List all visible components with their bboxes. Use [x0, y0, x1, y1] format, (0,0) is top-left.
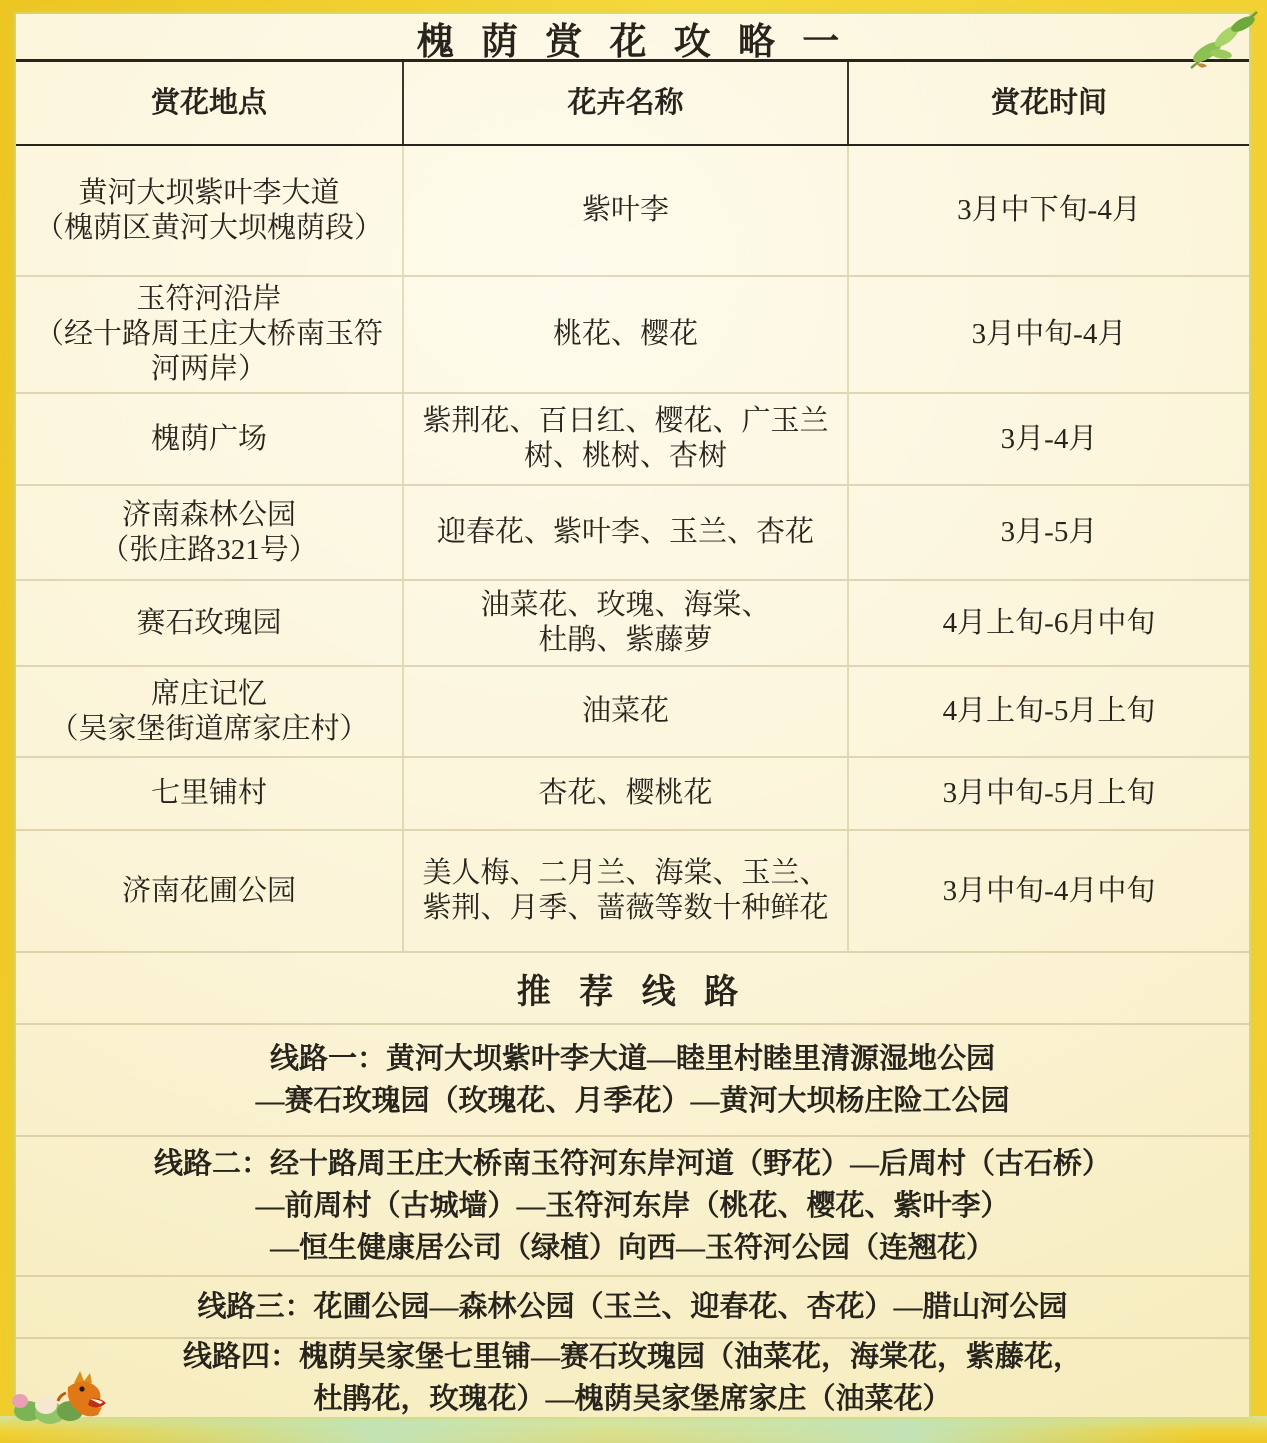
route-item: 线路一：黄河大坝紫叶李大道—睦里村睦里清源湿地公园 —赛石玫瑰园（玫瑰花、月季花…	[16, 1023, 1249, 1135]
cell-location: 济南森林公园 （张庄路321号）	[16, 486, 402, 579]
cell-flowers: 桃花、樱花	[402, 277, 847, 392]
flower-guide-card: 槐 荫 赏 花 攻 略 一 赏花地点 花卉名称 赏花时间 黄河大坝紫叶李大道 （…	[0, 0, 1267, 1443]
column-header-location: 赏花地点	[16, 62, 402, 144]
cell-location: 赛石玫瑰园	[16, 581, 402, 665]
cell-location: 槐荫广场	[16, 394, 402, 484]
table-row: 赛石玫瑰园 油菜花、玫瑰、海棠、 杜鹃、紫藤萝 4月上旬-6月中旬	[16, 579, 1249, 665]
table-row: 济南花圃公园 美人梅、二月兰、海棠、玉兰、 紫荆、月季、蔷薇等数十种鲜花 3月中…	[16, 829, 1249, 951]
table-row: 黄河大坝紫叶李大道 （槐荫区黄河大坝槐荫段） 紫叶李 3月中下旬-4月	[16, 146, 1249, 275]
cell-flowers: 美人梅、二月兰、海棠、玉兰、 紫荆、月季、蔷薇等数十种鲜花	[402, 831, 847, 951]
cell-time: 4月上旬-5月上旬	[847, 667, 1249, 756]
leaf-branch-icon	[1177, 2, 1263, 80]
table-row: 槐荫广场 紫荆花、百日红、樱花、广玉兰 树、桃树、杏树 3月-4月	[16, 392, 1249, 484]
cell-time: 3月中旬-4月中旬	[847, 831, 1249, 951]
cell-location: 济南花圃公园	[16, 831, 402, 951]
cell-location: 玉符河沿岸 （经十路周王庄大桥南玉符 河两岸）	[16, 277, 402, 392]
table-row: 济南森林公园 （张庄路321号） 迎春花、紫叶李、玉兰、杏花 3月-5月	[16, 484, 1249, 579]
cell-location: 席庄记忆 （吴家堡街道席家庄村）	[16, 667, 402, 756]
cell-flowers: 紫荆花、百日红、樱花、广玉兰 树、桃树、杏树	[402, 394, 847, 484]
table-row: 七里铺村 杏花、樱桃花 3月中旬-5月上旬	[16, 756, 1249, 829]
table-row: 玉符河沿岸 （经十路周王庄大桥南玉符 河两岸） 桃花、樱花 3月中旬-4月	[16, 275, 1249, 392]
route-item: 线路四：槐荫吴家堡七里铺—赛石玫瑰园（油菜花，海棠花，紫藤花， 杜鹃花，玫瑰花）…	[16, 1337, 1249, 1417]
route-item: 线路三：花圃公园—森林公园（玉兰、迎春花、杏花）—腊山河公园	[16, 1275, 1249, 1337]
cell-time: 3月中旬-5月上旬	[847, 758, 1249, 829]
table-header-row: 赏花地点 花卉名称 赏花时间	[16, 62, 1249, 146]
bottom-border-strip	[0, 1416, 1267, 1443]
column-header-flowers: 花卉名称	[402, 62, 847, 144]
table-row: 席庄记忆 （吴家堡街道席家庄村） 油菜花 4月上旬-5月上旬	[16, 665, 1249, 756]
cell-location: 黄河大坝紫叶李大道 （槐荫区黄河大坝槐荫段）	[16, 146, 402, 275]
cell-time: 3月中下旬-4月	[847, 146, 1249, 275]
cell-flowers: 油菜花	[402, 667, 847, 756]
routes-section-title: 推 荐 线 路	[16, 951, 1249, 1023]
route-item: 线路二：经十路周王庄大桥南玉符河东岸河道（野花）—后周村（古石桥） —前周村（古…	[16, 1135, 1249, 1275]
cell-flowers: 油菜花、玫瑰、海棠、 杜鹃、紫藤萝	[402, 581, 847, 665]
cell-flowers: 紫叶李	[402, 146, 847, 275]
cell-time: 3月-5月	[847, 486, 1249, 579]
cell-time: 4月上旬-6月中旬	[847, 581, 1249, 665]
cell-flowers: 杏花、樱桃花	[402, 758, 847, 829]
cell-location: 七里铺村	[16, 758, 402, 829]
cell-flowers: 迎春花、紫叶李、玉兰、杏花	[402, 486, 847, 579]
dragon-icon	[6, 1353, 124, 1427]
page-title: 槐 荫 赏 花 攻 略 一	[16, 14, 1249, 62]
cell-time: 3月-4月	[847, 394, 1249, 484]
cell-time: 3月中旬-4月	[847, 277, 1249, 392]
guide-table: 槐 荫 赏 花 攻 略 一 赏花地点 花卉名称 赏花时间 黄河大坝紫叶李大道 （…	[16, 14, 1249, 1417]
